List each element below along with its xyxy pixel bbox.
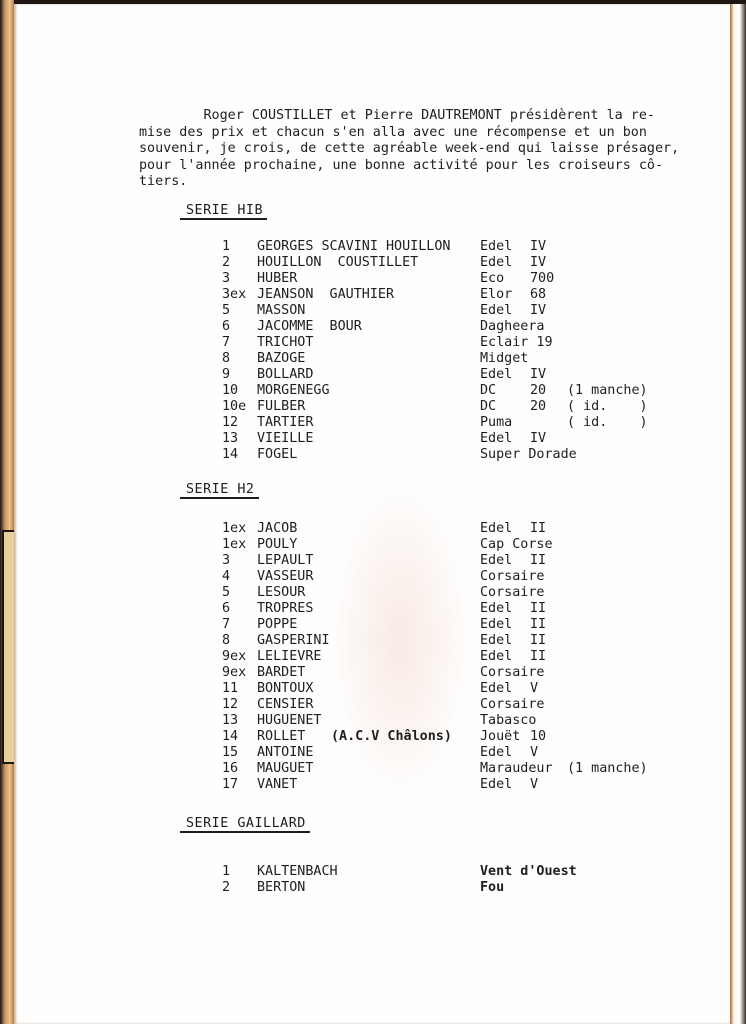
result-name: JACOMME BOUR [257,319,362,335]
result-boat: Corsaire [480,569,545,585]
result-rank: 7 [222,335,230,351]
result-boat-class: II [530,633,546,649]
result-name: KALTENBACH [257,864,338,880]
result-boat-class: IV [530,303,546,319]
result-boat-class: 68 [530,287,546,303]
result-rank: 5 [222,585,230,601]
result-club: (A.C.V Châlons) [331,729,452,745]
result-name: POULY [257,537,297,553]
result-boat: Edel [480,745,512,761]
result-rank: 10 [222,383,238,399]
result-note: ( id. ) [567,415,648,431]
result-name: HUGUENET [257,713,322,729]
section-heading-hib: SERIE HIB [180,203,267,220]
result-rank: 11 [222,681,238,697]
result-boat: Edel [480,553,512,569]
result-boat: Jouët [480,729,520,745]
result-name: JACOB [257,521,297,537]
result-name: HUBER [257,271,297,287]
result-name: MAUGUET [257,761,313,777]
section-heading-h2: SERIE H2 [180,482,259,499]
result-rank: 8 [222,633,230,649]
result-rank: 10e [222,399,246,415]
result-name: TARTIER [257,415,313,431]
result-boat: Edel [480,239,512,255]
result-boat: Edel [480,601,512,617]
result-name: VANET [257,777,297,793]
result-boat-class: 700 [530,271,554,287]
result-boat-class: II [530,649,546,665]
result-boat: Corsaire [480,697,545,713]
result-name: BERTON [257,880,305,896]
result-boat: Edel [480,431,512,447]
result-boat: Tabasco [480,713,536,729]
result-rank: 16 [222,761,238,777]
intro-paragraph: Roger COUSTILLET et Pierre DAUTREMONT pr… [139,108,699,191]
result-boat: Vent d'Ouest [480,864,577,880]
document-content: Roger COUSTILLET et Pierre DAUTREMONT pr… [0,0,746,1024]
result-rank: 13 [222,431,238,447]
result-rank: 13 [222,713,238,729]
result-rank: 2 [222,880,230,896]
result-boat-class: V [530,777,538,793]
result-note: (1 manche) [567,383,648,399]
result-boat: Edel [480,649,512,665]
result-rank: 7 [222,617,230,633]
result-name: BAZOGE [257,351,305,367]
result-boat: Cap Corse [480,537,553,553]
result-rank: 9ex [222,649,246,665]
result-rank: 5 [222,303,230,319]
result-name: TROPRES [257,601,313,617]
result-boat: Fou [480,880,504,896]
result-rank: 12 [222,697,238,713]
result-boat: Eclair 19 [480,335,553,351]
result-boat-class: 10 [530,729,546,745]
result-boat-class: 20 [530,383,546,399]
result-boat-class: II [530,601,546,617]
result-name: FOGEL [257,447,297,463]
result-rank: 9ex [222,665,246,681]
result-name: VASSEUR [257,569,313,585]
result-boat-class: V [530,745,538,761]
result-note: ( id. ) [567,399,648,415]
result-rank: 9 [222,367,230,383]
result-boat: Dagheera [480,319,545,335]
result-boat-class: II [530,617,546,633]
result-rank: 12 [222,415,238,431]
result-boat-class: II [530,521,546,537]
result-boat-class: IV [530,431,546,447]
result-note: (1 manche) [567,761,648,777]
result-name: JEANSON GAUTHIER [257,287,394,303]
result-name: TRICHOT [257,335,313,351]
result-rank: 1 [222,239,230,255]
result-rank: 1 [222,864,230,880]
result-boat: DC [480,383,496,399]
result-boat-class: IV [530,239,546,255]
section-heading-gaillard: SERIE GAILLARD [180,816,310,833]
result-name: BARDET [257,665,305,681]
result-boat: Edel [480,633,512,649]
result-boat: Edel [480,255,512,271]
result-name: ROLLET [257,729,305,745]
result-boat: DC [480,399,496,415]
result-boat-class: 20 [530,399,546,415]
result-rank: 14 [222,729,238,745]
result-boat: Edel [480,777,512,793]
result-boat: Eco [480,271,504,287]
result-name: GASPERINI [257,633,330,649]
result-name: VIEILLE [257,431,313,447]
result-rank: 8 [222,351,230,367]
result-rank: 17 [222,777,238,793]
result-rank: 15 [222,745,238,761]
result-name: FULBER [257,399,305,415]
result-rank: 3 [222,271,230,287]
result-rank: 6 [222,319,230,335]
result-boat: Elor [480,287,512,303]
result-boat-class: V [530,681,538,697]
result-boat-class: IV [530,255,546,271]
result-name: LELIEVRE [257,649,322,665]
result-rank: 1ex [222,521,246,537]
result-name: GEORGES SCAVINI HOUILLON [257,239,450,255]
result-name: CENSIER [257,697,313,713]
result-name: BONTOUX [257,681,313,697]
result-boat: Midget [480,351,528,367]
result-boat: Edel [480,521,512,537]
result-rank: 14 [222,447,238,463]
result-boat-class: II [530,553,546,569]
result-rank: 2 [222,255,230,271]
result-name: HOUILLON COUSTILLET [257,255,418,271]
result-boat: Super Dorade [480,447,577,463]
result-name: LESOUR [257,585,305,601]
result-name: POPPE [257,617,297,633]
result-boat: Maraudeur [480,761,553,777]
result-name: LEPAULT [257,553,313,569]
result-boat: Corsaire [480,665,545,681]
result-boat: Edel [480,617,512,633]
result-name: BOLLARD [257,367,313,383]
result-boat: Puma [480,415,512,431]
result-rank: 3ex [222,287,246,303]
result-name: ANTOINE [257,745,313,761]
result-rank: 4 [222,569,230,585]
result-boat: Edel [480,367,512,383]
result-boat: Edel [480,303,512,319]
result-boat: Edel [480,681,512,697]
result-rank: 6 [222,601,230,617]
result-boat-class: IV [530,367,546,383]
result-rank: 1ex [222,537,246,553]
result-boat: Corsaire [480,585,545,601]
result-name: MASSON [257,303,305,319]
result-name: MORGENEGG [257,383,330,399]
result-rank: 3 [222,553,230,569]
